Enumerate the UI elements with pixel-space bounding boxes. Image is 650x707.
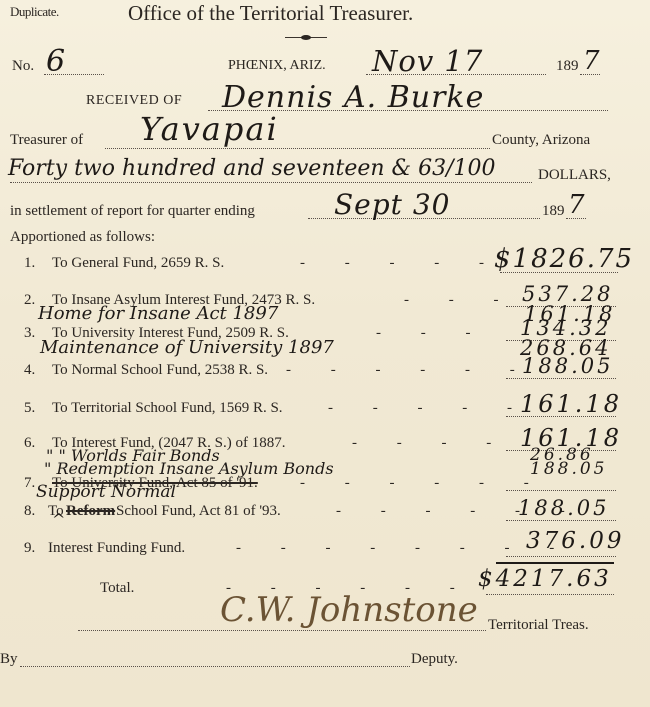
fund-9-label: Interest Funding Fund. (48, 540, 185, 557)
quarter-value: Sept 30 (334, 188, 450, 221)
fund-4-label: To Normal School Fund, 2538 R. S. (52, 362, 268, 379)
apportioned-label: Apportioned as follows: (10, 229, 155, 246)
fund-9-leader: - - - - - - - - (236, 540, 572, 557)
date-value: Nov 17 (372, 44, 483, 78)
fund-6-number: 6. (24, 435, 35, 452)
fund-4-amount: 188.05 (522, 354, 613, 378)
treasurer-of-label: Treasurer of (10, 132, 83, 149)
duplicate-label: Duplicate. (10, 4, 59, 20)
sum-rule (496, 562, 614, 564)
fund-8-line (506, 520, 616, 521)
fund-6-leader: - - - - (352, 435, 509, 452)
county-suffix: County, Arizona (492, 132, 590, 149)
deputy-label: Deputy. (411, 651, 458, 668)
by-label: By (0, 651, 18, 668)
fund-1-label: To General Fund, 2659 R. S. (52, 255, 224, 272)
county-value: Yavapai (140, 110, 279, 148)
quarter-year-digit: 7 (568, 190, 585, 220)
fund-3-leader: - - - (376, 325, 489, 342)
no-label: No. (12, 58, 34, 75)
place-label: PHŒNIX, ARIZ. (228, 58, 326, 74)
total-label: Total. (100, 580, 134, 597)
fund-1-amount: $1826.75 (494, 244, 634, 274)
document-title: Office of the Territorial Treasurer. (128, 1, 413, 26)
receipt-number: 6 (46, 44, 65, 79)
fund-9-amount: 376.09 (526, 528, 624, 554)
fund-5-label: To Territorial School Fund, 1569 R. S. (52, 400, 283, 417)
county-line (105, 148, 490, 149)
fund-8-label-struck: Reform (66, 503, 115, 520)
total-amount: $4217.63 (478, 566, 612, 592)
fund-3-note: Maintenance of University 1897 (40, 337, 334, 358)
fund-8-amount: 188.05 (518, 496, 609, 520)
ornament-divider (285, 35, 327, 39)
fund-2-leader: - - - (404, 292, 517, 309)
fund-2-number: 2. (24, 292, 35, 309)
signature-title: Territorial Treas. (488, 617, 589, 634)
fund-4-leader: - - - - - - (286, 362, 533, 379)
fund-8-label: School Fund, Act 81 of '93. (116, 503, 281, 520)
caret-insert-mark: ^ (52, 510, 65, 529)
fund-5-number: 5. (24, 400, 35, 417)
settlement-label: in settlement of report for quarter endi… (10, 203, 255, 220)
fund-2-note: Home for Insane Act 1897 (38, 303, 278, 324)
total-line (486, 594, 614, 595)
treasurer-receipt: Duplicate. Office of the Territorial Tre… (0, 0, 650, 707)
fund-5-amount: 161.18 (520, 390, 622, 418)
treasurer-signature: C.W. Johnstone (220, 590, 478, 630)
fund-5-leader: - - - - - (328, 400, 530, 417)
quarter-year-prefix: 189 (542, 203, 565, 220)
fund-3-number: 3. (24, 325, 35, 342)
fund-9-line (506, 556, 616, 557)
received-of-label: RECEIVED OF (86, 93, 182, 109)
fund-9-number: 9. (24, 540, 35, 557)
fund-7-number: 7. (24, 475, 35, 492)
dollars-label: DOLLARS, (538, 167, 611, 184)
amount-words-line (10, 182, 532, 183)
fund-1-leader: - - - - - (300, 255, 502, 272)
deputy-line (20, 666, 410, 667)
amount-words: Forty two hundred and seventeen & 63/100 (8, 156, 496, 181)
fund-4-line (506, 378, 616, 379)
signature-line (78, 630, 486, 631)
fund-8-number: 8. (24, 503, 35, 520)
fund-7-note: Support Normal (36, 482, 176, 502)
fund-4-number: 4. (24, 362, 35, 379)
year-prefix: 189 (556, 58, 579, 75)
fund-7-line (506, 490, 616, 491)
year-digit: 7 (583, 46, 600, 76)
fund-1-number: 1. (24, 255, 35, 272)
